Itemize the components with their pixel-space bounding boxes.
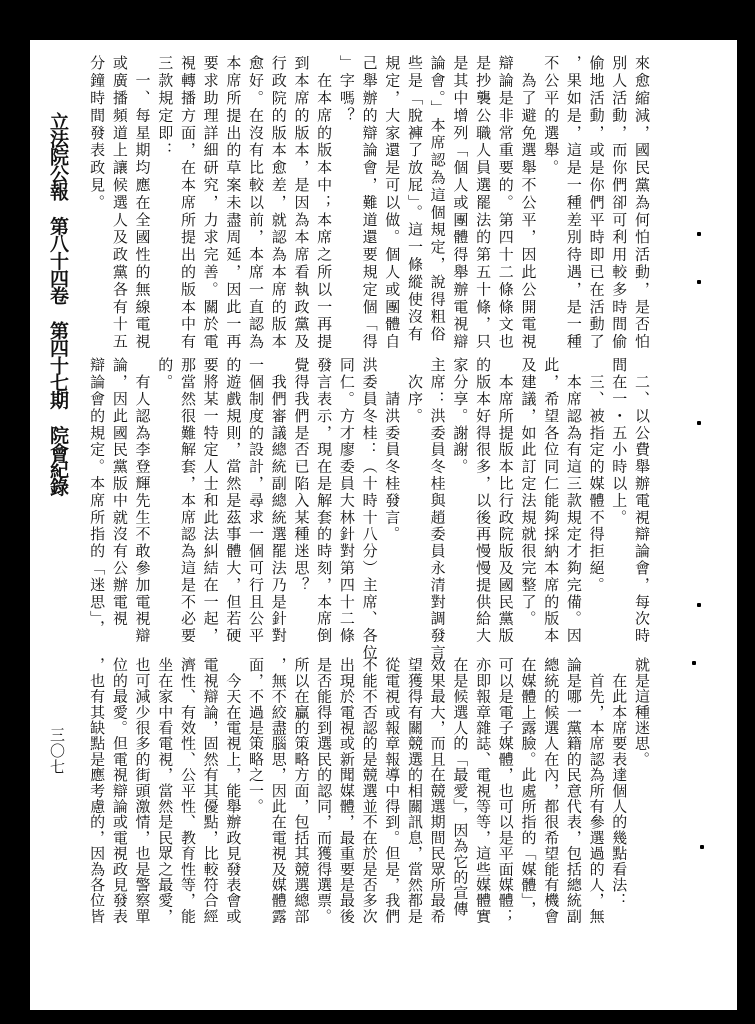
text-column: 來愈縮減，國民黨為何怕活動，是否怕 [629,55,652,355]
scan-speck [697,280,701,284]
scan-speck [697,603,701,607]
text-column: 電視辯論，固然有其優點，比較符合經 [198,657,221,927]
text-column: 及建議，如此訂定法規就很完整了。 [516,357,539,657]
text-column: 的遊戲規則，當然是茲事體大，但若硬 [221,357,244,657]
scan-border-right [737,0,755,1024]
text-column: 請洪委員冬桂發言。 [380,357,403,657]
text-column: 在媒體上露臉。此處所指的「媒體」， [516,657,539,927]
text-column: 要求助理詳細研究，力求完善。關於電 [198,55,221,355]
text-column: 此，希望各位同仁能夠採納本席的版本 [538,357,561,657]
text-column: 在是候選人的「最愛」，因為它的宣傳 [448,657,471,927]
text-column: 的版本好得很多，以後再慢慢提供給大 [470,357,493,657]
running-title: 立法院公報 第八十四卷 第四十七期 院會紀錄 [44,112,71,472]
text-column: 坐在家中看電視，當然是民眾之最愛， [153,657,176,927]
text-column: 今天在電視上，能舉辦政見發表會或 [221,657,244,927]
text-column: 三款規定即： [153,55,176,355]
text-column: 主席：洪委員冬桂與趙委員永清對調發言 [425,357,448,657]
register-bottom: 就是這種迷思。 在此本席要表達個人的幾點看法： 首先，本席認為所有參選過的人，無… [83,657,652,927]
text-column: 首先，本席認為所有參選過的人，無 [584,657,607,927]
text-column: 視轉播方面，在本席所提出的版本中有 [175,55,198,355]
text-column: 不能不否認的是競選並不在於是否多次 [357,657,380,927]
text-column: 那當然很難解套，本席認為這是不必要 [175,357,198,657]
text-column: 論，因此國民黨版中就沒有公辦電視 [107,357,130,657]
text-column: 是其中增列「個人或團體得舉辦電視辯 [448,55,471,355]
text-column: 覺得我們是否已陷入某種迷思？ [289,357,312,657]
text-column: 出現於電視或新聞媒體，最重要是最後 [334,657,357,927]
text-column: 本席認為有這三款規定才夠完備。因 [561,357,584,657]
scan-speck [692,661,696,665]
text-column: 間在一・五小時以上。 [607,357,630,657]
text-column: 的。 [153,357,176,657]
text-column: 效果最大，而且在競選期間民眾所最希 [425,657,448,927]
scan-border-bottom [0,1010,755,1024]
text-column: 望獲得有關競選的相關訊息，當然都是 [402,657,425,927]
text-column: 要將某一特定人士和此法糾結在一起， [198,357,221,657]
scan-border-top [0,0,755,40]
text-column: 愈好。在沒有比較以前，本席一直認為 [243,55,266,355]
text-column: 洪委員冬桂：（十時十八分）主席、各位 [357,357,380,657]
text-column: 就是這種迷思。 [629,657,652,927]
text-column: 我們審議總統副總統選罷法乃是針對 [266,357,289,657]
text-column: 位的最愛。但電視辯論或電視政見發表 [107,657,130,927]
text-column: 不公平的選舉。 [538,55,561,355]
text-column: 分鐘時間發表政見。 [84,55,107,355]
text-column: 總統的候選人在內，都很希望能有機會 [538,657,561,927]
text-column: 別人活動，而你們卻可利用較多時間偷 [607,55,630,355]
text-column: 面，不過是策略之一。 [243,657,266,927]
text-column: 家分享。謝謝。 [448,357,471,657]
text-column: 論是哪一黨籍的民意代表，包括總統副 [561,657,584,927]
text-column: 本席所提版本比行政院版及國民黨版 [493,357,516,657]
text-column: 些是「脫褲了放屁」。這一條縱使沒有 [402,55,425,355]
text-column: 所以在贏的策略方面，包括其競選總部 [289,657,312,927]
scan-border-left [0,0,30,1024]
text-column: 在本席的版本中；本席之所以一再提 [311,55,334,355]
text-column: 偷地活動，或是你們平時即已在活動了 [584,55,607,355]
text-column: 本席所提出的草案未盡周延，因此一再 [221,55,244,355]
text-column: 到本席的版本，是因為本席看執政黨及 [289,55,312,355]
text-column: 」字嗎？ [334,55,357,355]
text-column: 行政院的版本愈差，就認為本席的版本 [266,55,289,355]
text-column: 是否能得到選民的認同，而獲得選票。 [311,657,334,927]
text-column: 或廣播頻道上讓候選人及政黨各有十五 [107,55,130,355]
text-column: 一個制度的設計，尋求一個可行且公平 [243,357,266,657]
text-column: 辯論會的規定。本席所指的「迷思」， [84,357,107,657]
scan-speck [697,232,701,236]
register-top: 來愈縮減，國民黨為何怕活動，是否怕別人活動，而你們卻可利用較多時間偷偷地活動，或… [83,55,652,355]
text-column: 一、每星期均應在全國性的無線電視 [130,55,153,355]
text-column: 規定，大家還是可以做。個人或團體自 [380,55,403,355]
text-column: 次序。 [402,357,425,657]
text-column: 在此本席要表達個人的幾點看法： [607,657,630,927]
scanned-gazette-page: { "margin": { "running_title": "立法院公報 第八… [0,0,755,1024]
text-column: 為了避免選舉不公平，因此公開電視 [516,55,539,355]
text-column: 可以是電子媒體，也可以是平面媒體； [493,657,516,927]
text-column: ，也有其缺點是應考慮的，因為各位皆 [84,657,107,927]
text-column: 己舉辦的辯論會，難道還要規定個「得 [357,55,380,355]
text-column: 三、被指定的媒體不得拒絕。 [584,357,607,657]
text-column: 有人認為李登輝先生不敢參加電視辯 [130,357,153,657]
text-column: 辯論是非常重要的。第四十二條條文也 [493,55,516,355]
text-column: 是抄襲公職人員選罷法的第五十條，只 [470,55,493,355]
text-column: 亦即報章雜誌、電視等等，這些媒體實 [470,657,493,927]
text-column: ，無不絞盡腦思，因此在電視及媒體露 [266,657,289,927]
text-column: 二、以公費舉辦電視辯論會，每次時 [629,357,652,657]
register-middle: 二、以公費舉辦電視辯論會，每次時間在一・五小時以上。 三、被指定的媒體不得拒絕。… [83,357,652,657]
scan-speck [700,845,704,849]
text-column: 從電視或報章報導中得到。但是，我們 [380,657,403,927]
text-column: 同仁。方才廖委員大林針對第四十二條 [334,357,357,657]
text-column: 發言表示，現在是解套的時刻，本席倒 [311,357,334,657]
text-column: 論會。」本席認為這個規定，說得粗俗 [425,55,448,355]
scan-speck [697,421,701,425]
text-column: 濟性、有效性、公平性、教育性等，能 [175,657,198,927]
text-column: ，果如是，這是一種差別待遇，是一種 [561,55,584,355]
page-number: 三〇七 [46,727,67,775]
text-column: 也可減少很多的街頭激情，也是警察單 [130,657,153,927]
